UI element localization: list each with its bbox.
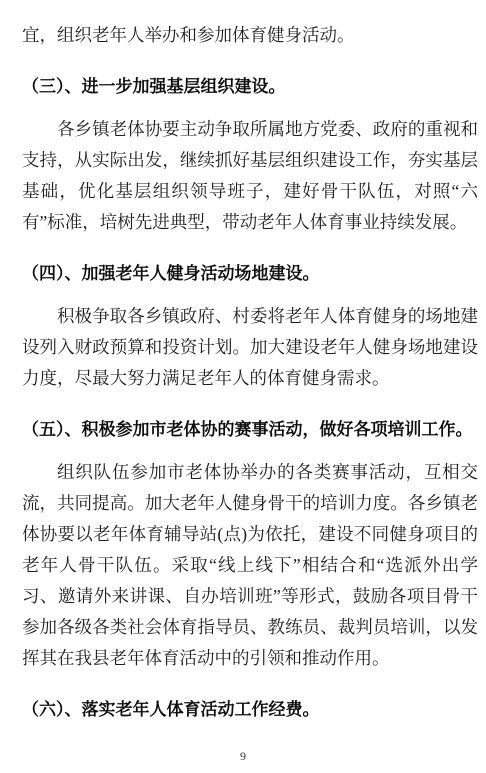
section-heading-4: （四）、加强老年人健身活动场地建设。 [22,258,478,289]
section-heading-5: （五）、积极参加市老体协的赛事活动，做好各项培训工作。 [22,414,478,445]
paragraph-section-4: 积极争取各乡镇政府、村委将老年人体育健身的场地建设列入财政预算和投资计划。加大建… [22,301,478,394]
paragraph-section-5: 组织队伍参加市老体协举办的各类赛事活动，互相交流，共同提高。加大老年人健身骨干的… [22,457,478,674]
section-heading-6: （六）、落实老年人体育活动工作经费。 [22,694,478,725]
paragraph-continuation: 宜，组织老年人举办和参加体育健身活动。 [22,20,478,51]
section-heading-3: （三）、进一步加强基层组织建设。 [22,71,478,102]
document-page: 宜，组织老年人举办和参加体育健身活动。 （三）、进一步加强基层组织建设。 各乡镇… [0,0,486,725]
paragraph-section-3: 各乡镇老体协要主动争取所属地方党委、政府的重视和支持，从实际出发，继续抓好基层组… [22,114,478,238]
page-number: 9 [0,749,486,764]
